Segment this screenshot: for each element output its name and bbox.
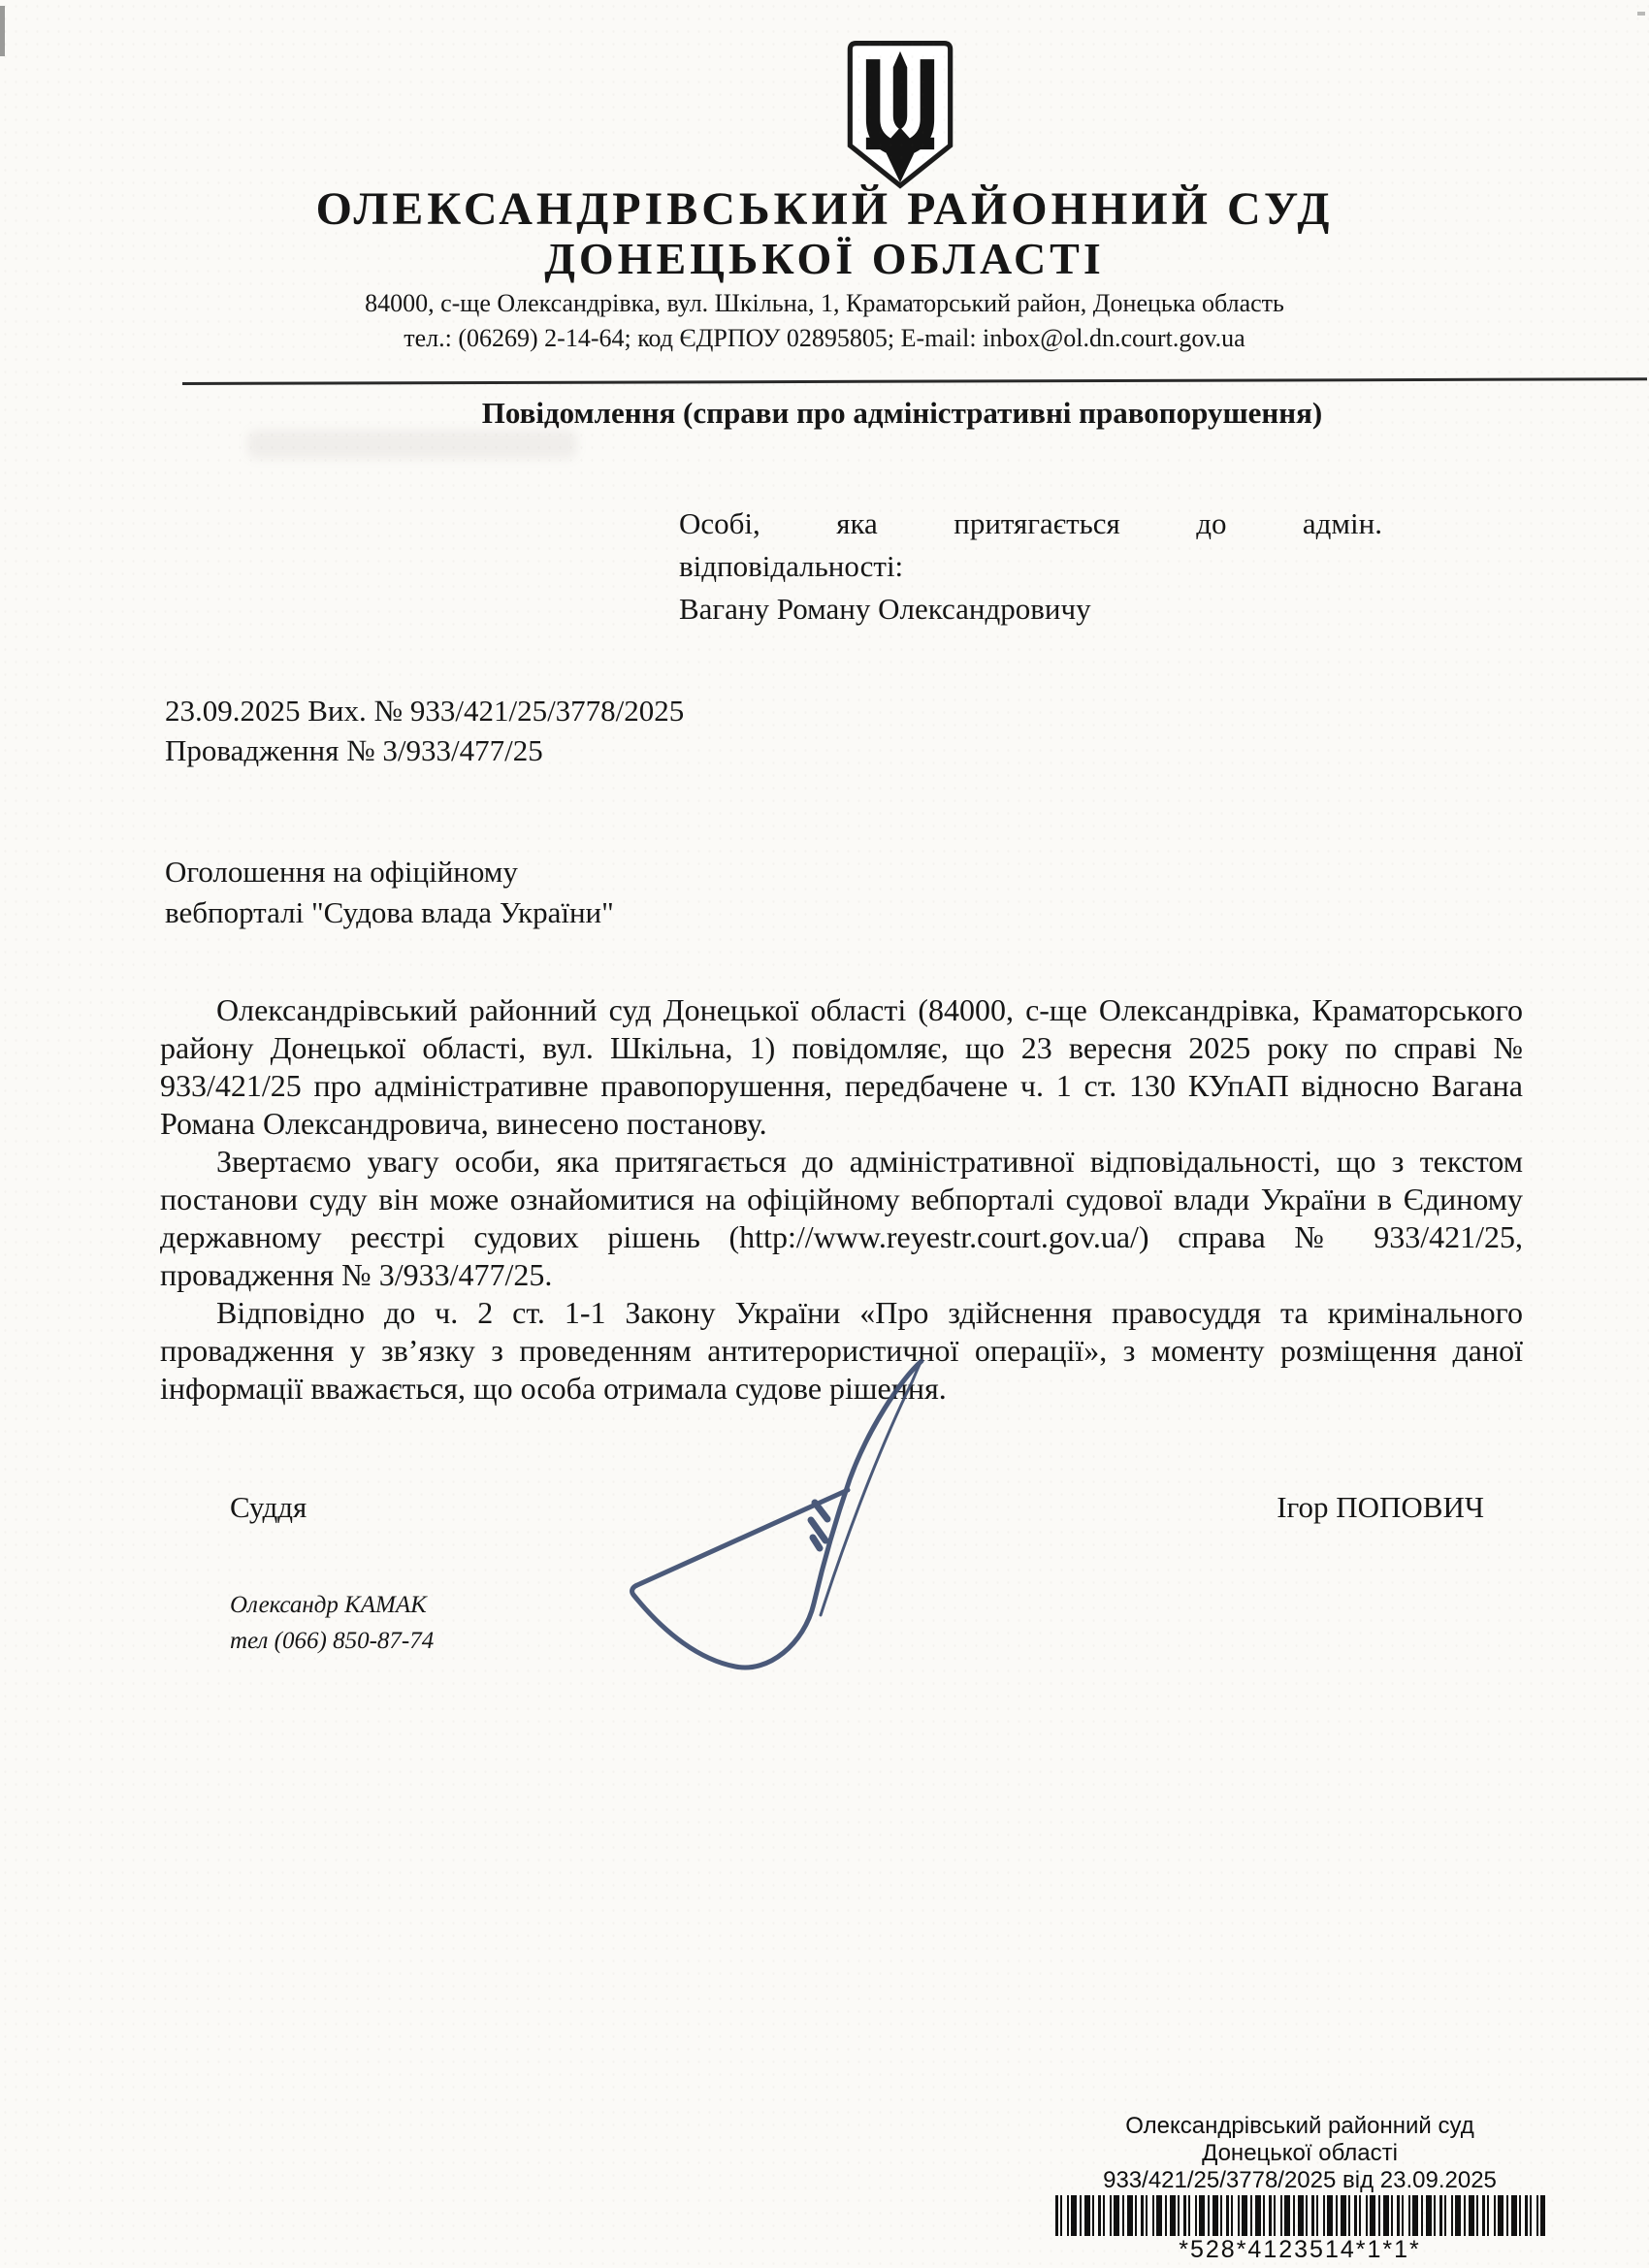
court-address: 84000, с-ще Олександрівка, вул. Шкільна,… [0,291,1649,316]
recipient-line2: відповідальності: [679,545,1382,588]
contact-block: Олександр КАМАК тел (066) 850-87-74 [230,1587,434,1659]
signer-role-label: Суддя [230,1490,307,1525]
footer-stamp-block: Олександрівський районний суд Донецької … [1048,2113,1552,2263]
announcement-block: Оголошення на офіційному вебпорталі "Суд… [165,852,614,933]
stamp-case-line: 933/421/25/3778/2025 від 23.09.2025 [1048,2167,1552,2194]
proceeding-number-line: Провадження № 3/933/477/25 [165,730,684,770]
court-name-line2: ДОНЕЦЬКОЇ ОБЛАСТІ [0,237,1649,281]
body-paragraph-1: Олександрівський районний суд Донецької … [160,991,1523,1143]
handwritten-signature [572,1344,960,1693]
scanned-court-letter-page: ОЛЕКСАНДРІВСЬКИЙ РАЙОННИЙ СУД ДОНЕЦЬКОЇ … [0,0,1649,2268]
judge-name: Ігор ПОПОВИЧ [1145,1490,1484,1525]
barcode-text: *528*4123514*1*1* [1048,2236,1552,2263]
document-title: Повідомлення (справи про адміністративні… [417,396,1387,431]
header-separator-line [182,377,1647,385]
barcode [1055,2195,1545,2236]
reference-block: 23.09.2025 Вих. № 933/421/25/3778/2025 П… [165,691,684,770]
body-paragraph-2: Звертаємо увагу особи, яка притягається … [160,1143,1523,1294]
scan-artifact-top-right [1637,12,1645,16]
contact-person-name: Олександр КАМАК [230,1587,434,1623]
recipient-block: Особі, яка притягається до адмін. відпов… [679,502,1382,631]
stamp-court-line1: Олександрівський районний суд [1048,2113,1552,2140]
announcement-line2: вебпорталі "Судова влада України" [165,892,614,933]
stamp-court-line2: Донецької області [1048,2140,1552,2167]
recipient-name: Вагану Роману Олександровичу [679,588,1382,631]
scan-artifact-top-left [0,6,5,56]
announcement-line1: Оголошення на офіційному [165,852,614,892]
outgoing-number-line: 23.09.2025 Вих. № 933/421/25/3778/2025 [165,691,684,730]
court-contacts: тел.: (06269) 2-14-64; код ЄДРПОУ 028958… [0,326,1649,351]
ukraine-trident-shield-icon [840,39,960,190]
scan-bleed-smudge [247,430,577,459]
court-name-line1: ОЛЕКСАНДРІВСЬКИЙ РАЙОННИЙ СУД [0,186,1649,233]
contact-phone: тел (066) 850-87-74 [230,1623,434,1659]
recipient-line1: Особі, яка притягається до адмін. [679,502,1382,545]
